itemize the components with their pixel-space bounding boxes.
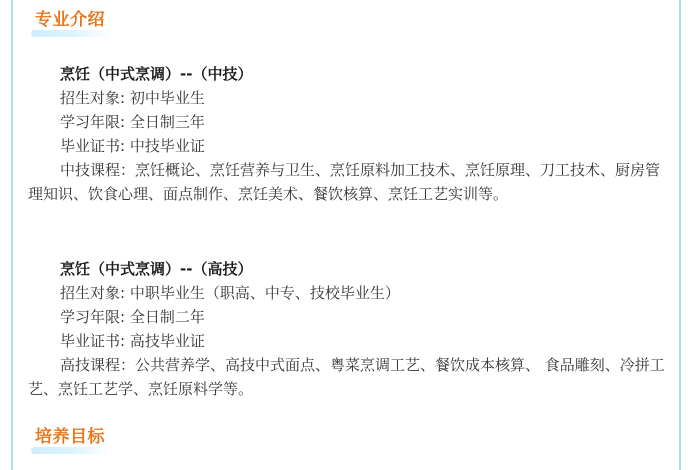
program-certificate: 毕业证书: 中技毕业证 [28,134,674,158]
section-heading-training-goals: 培养目标 [35,426,105,448]
program-courses: 中技课程：烹饪概论、烹饪营养与卫生、烹饪原料加工技术、烹饪原理、刀工技术、厨房管… [28,158,674,206]
program-title: 烹饪（中式烹调）--（中技） [28,62,674,86]
program-certificate: 毕业证书: 高技毕业证 [28,329,674,353]
heading-underline-decoration [31,30,111,37]
program-courses: 高技课程：公共营养学、高技中式面点、粤菜烹调工艺、餐饮成本核算、 食品雕刻、冷拼… [28,353,674,401]
program-enrollment: 招生对象: 初中毕业生 [28,86,674,110]
program-title: 烹饪（中式烹调）--（高技） [28,257,674,281]
program-block-intermediate: 烹饪（中式烹调）--（中技） 招生对象: 初中毕业生 学习年限: 全日制三年 毕… [28,62,674,206]
program-duration: 学习年限: 全日制三年 [28,110,674,134]
program-enrollment: 招生对象: 中职毕业生（职高、中专、技校毕业生） [28,281,674,305]
program-block-advanced: 烹饪（中式烹调）--（高技） 招生对象: 中职毕业生（职高、中专、技校毕业生） … [28,257,674,401]
program-duration: 学习年限: 全日制二年 [28,305,674,329]
section-heading-major-intro: 专业介绍 [35,9,105,31]
